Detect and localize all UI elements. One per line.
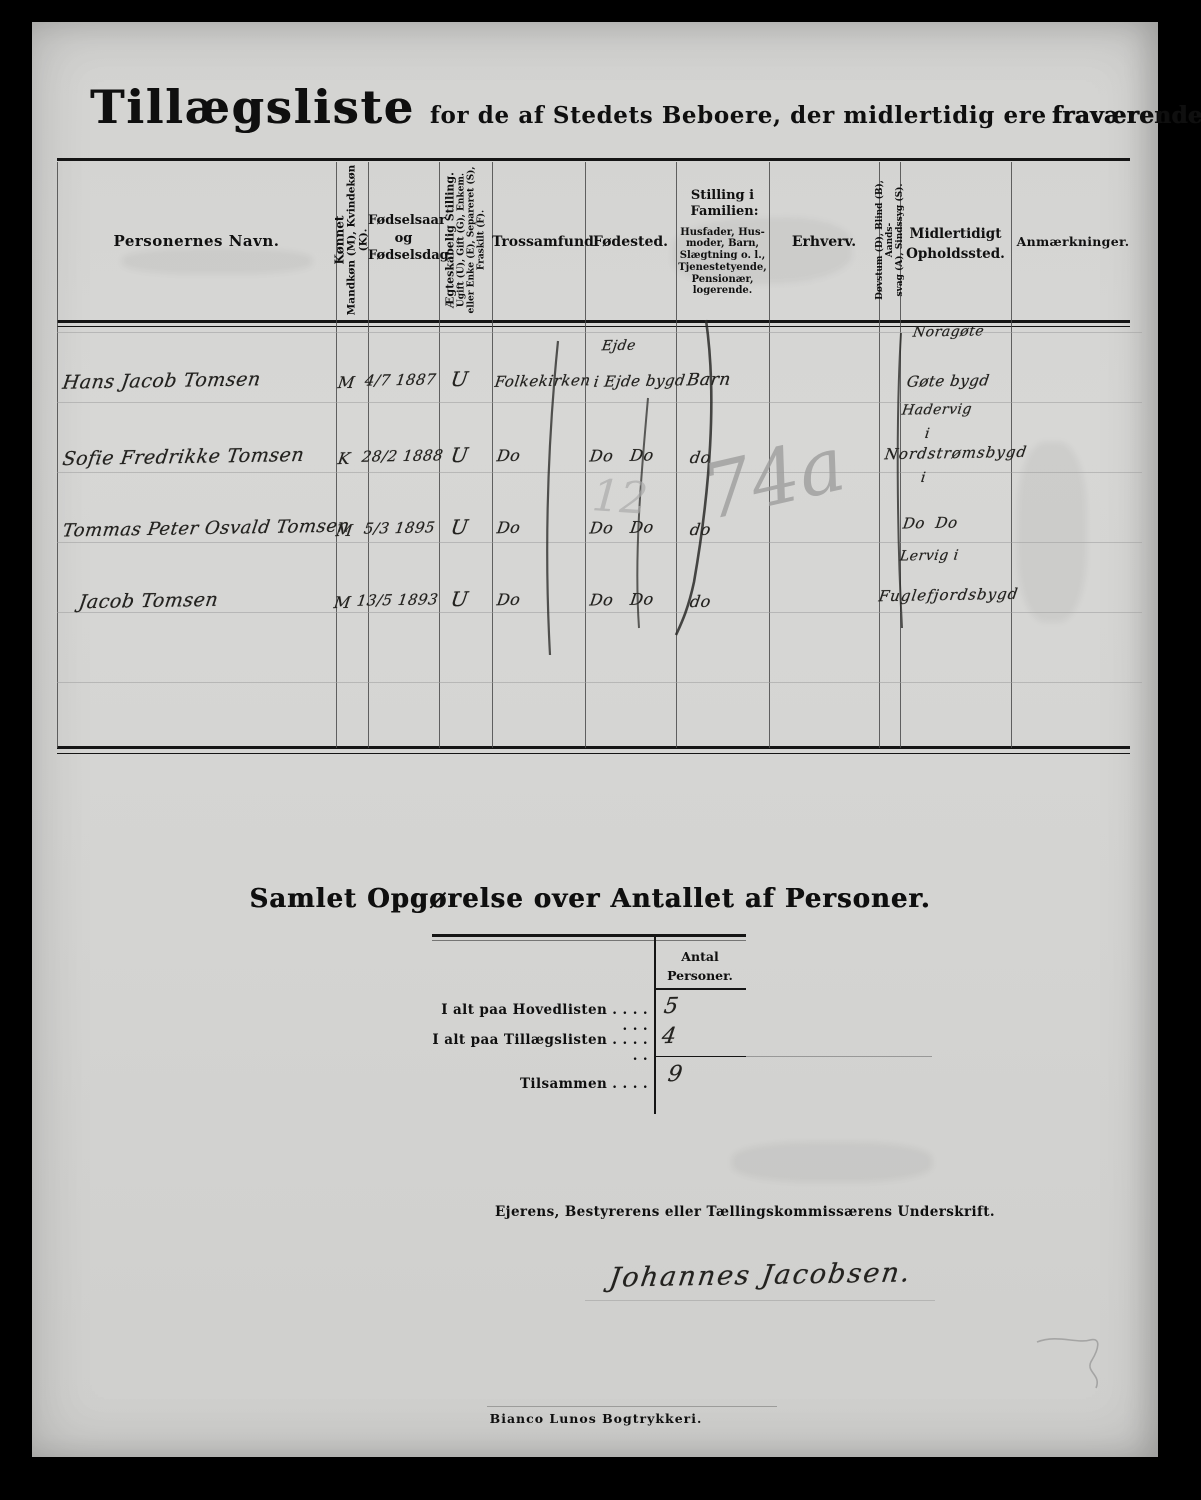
summary-title: Samlet Opgørelse over Antallet af Person… [190,884,990,914]
pen-stroke [547,341,558,655]
census-form-page: Tillægsliste for de af Stedets Beboere, … [32,22,1158,1457]
signature-handwritten: Johannes Jacobsen. [607,1257,913,1293]
summary-table: Antal Personer. I alt paa Hovedlisten . … [432,932,782,1116]
margin-squiggle-overlay [1032,1314,1142,1404]
form-title: Tillægsliste [90,80,415,134]
printer-imprint: Bianco Lunos Bogtrykkeri. [446,1411,746,1426]
pen-stroke [898,333,902,628]
ink-bleed-smudge [732,1142,932,1182]
form-title-emphasis: fraværende. [1052,102,1201,129]
margin-squiggle [1037,1339,1098,1388]
summary-col-header-line1: Antal [654,948,746,967]
pencil-number-mark: 12 [590,470,649,525]
summary-value-hovedlisten: 5 [662,994,680,1019]
summary-label-hovedlisten: I alt paa Hovedlisten . . . . . . . [432,1002,648,1034]
page-title: Tillægsliste for de af Stedets Beboere, … [90,80,1136,134]
summary-sum-rule-extension [746,1056,932,1057]
summary-col-header-line2: Personer. [654,967,746,986]
scanned-census-document: { "page": { "title": "Tillægsliste", "ti… [0,0,1201,1500]
summary-label-tilsammen: Tilsammen . . . . [432,1076,648,1092]
summary-header-rule [654,988,746,990]
printer-rule [487,1406,777,1407]
signature-line [585,1300,935,1301]
summary-value-tilsammen: 9 [666,1062,684,1087]
signature-caption: Ejerens, Bestyrerens eller Tællingskommi… [445,1204,1045,1220]
pen-stroke-overlay: 12 74a [57,158,1135,758]
form-title-suffix: for de af Stedets Beboere, der midlertid… [430,102,1047,129]
pencil-reference-mark: 74a [694,418,852,537]
summary-top-rule-thin [432,940,746,941]
summary-col-header: Antal Personer. [654,948,746,986]
summary-label-tillaegslisten: I alt paa Tillægslisten . . . . . . [432,1032,648,1064]
summary-value-tillaegslisten: 4 [660,1024,678,1049]
summary-sum-rule [654,1056,746,1057]
summary-top-rule [432,934,746,937]
census-table: Personernes Navn. Kønnet Mandkøn (M), Kv… [57,158,1135,758]
